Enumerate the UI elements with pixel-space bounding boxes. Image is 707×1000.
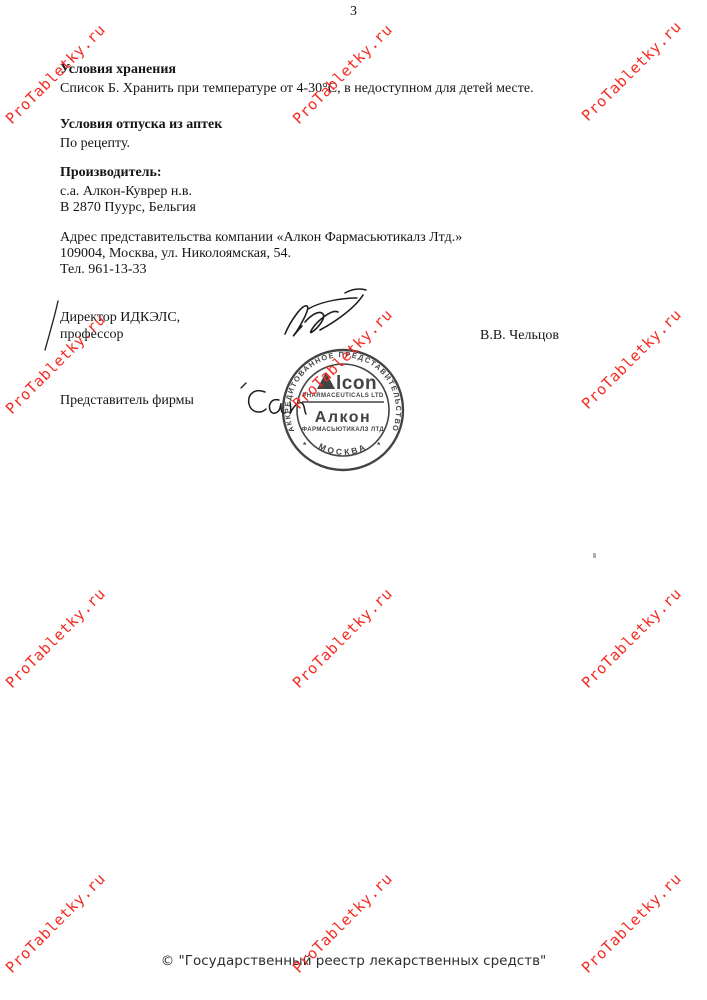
director-name: В.В. Чельцов [480, 328, 559, 344]
stamp-star-right: * [377, 440, 383, 450]
stamp-logo-text: lcon [336, 373, 377, 394]
watermark: ProTabletky.ru [2, 585, 109, 692]
stamp-logo-ru: Алкон [315, 409, 371, 426]
address-line: 109004, Москва, ул. Николоямская, 54. [60, 246, 462, 262]
address-line: Тел. 961-13-33 [60, 262, 462, 278]
page-number: 3 [0, 4, 707, 20]
director-title-line: Директор ИДКЭЛС, [60, 309, 180, 326]
ink-speck [593, 553, 596, 558]
watermark: ProTabletky.ru [578, 306, 685, 413]
firm-representative-label: Представитель фирмы [60, 393, 194, 409]
dispensing-title: Условия отпуска из аптек [60, 117, 222, 133]
dispensing-body: По рецепту. [60, 136, 222, 152]
manufacturer-title: Производитель: [60, 165, 196, 181]
svg-text:МОСКВА: МОСКВА [317, 441, 369, 457]
manufacturer-line: В 2870 Пуурс, Бельгия [60, 200, 196, 216]
representative-address-section: Адрес представительства компании «Алкон … [60, 230, 462, 278]
storage-conditions-title: Условия хранения [60, 62, 534, 78]
stamp-bottom-text: МОСКВА [317, 441, 369, 457]
storage-conditions-section: Условия хранения Список Б. Хранить при т… [60, 62, 534, 97]
dispensing-section: Условия отпуска из аптек По рецепту. [60, 117, 222, 152]
storage-conditions-body: Список Б. Хранить при температуре от 4-3… [60, 81, 534, 97]
watermark: ProTabletky.ru [578, 18, 685, 125]
stamp-logo-ru-subtext: ФАРМАСЬЮТИКАЛЗ ЛТД [302, 426, 385, 433]
watermark: ProTabletky.ru [578, 585, 685, 692]
address-line: Адрес представительства компании «Алкон … [60, 230, 462, 246]
manufacturer-section: Производитель: с.а. Алкон-Куврер н.в. В … [60, 165, 196, 216]
stamp-star-left: * [303, 440, 309, 450]
document-page: 3 Условия хранения Список Б. Хранить при… [0, 0, 707, 1000]
watermark: ProTabletky.ru [289, 585, 396, 692]
manufacturer-line: с.а. Алкон-Куврер н.в. [60, 184, 196, 200]
